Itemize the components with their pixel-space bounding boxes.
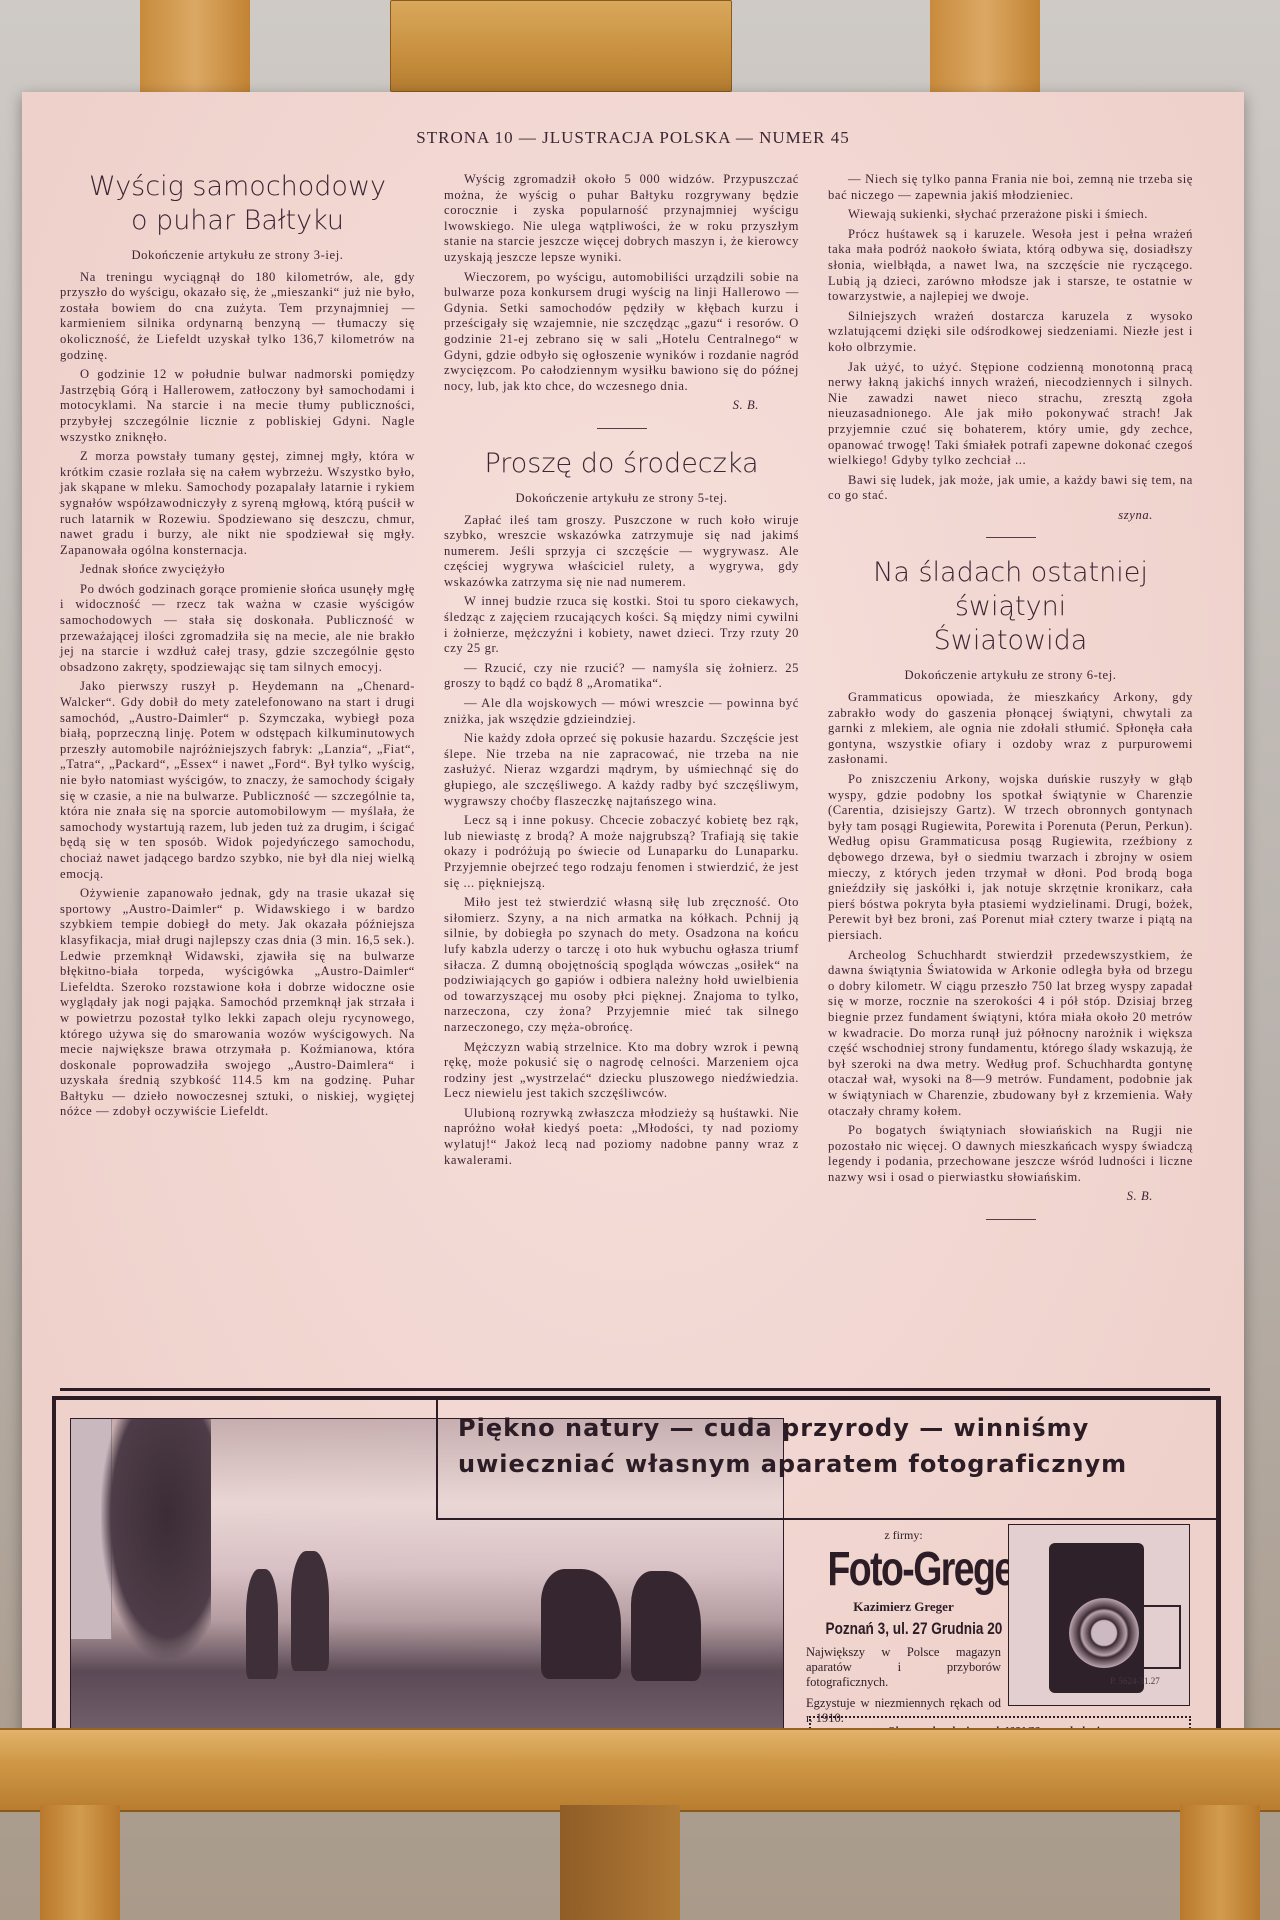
page-masthead: STRONA 10 — JLUSTRACJA POLSKA — NUMER 45 (22, 128, 1244, 148)
horse-icon (631, 1571, 701, 1681)
paragraph: W innej budzie rzuca się kostki. Stoi tu… (444, 594, 799, 656)
brand-name: Foto-Greger (827, 1543, 979, 1597)
woman-figure-icon (291, 1551, 329, 1671)
easel-ledge (0, 1728, 1280, 1812)
separator (597, 428, 647, 429)
folding-camera-icon (1008, 1524, 1190, 1706)
paragraph: Ożywienie zapanowało jednak, gdy na tras… (60, 886, 415, 1120)
paragraph: Grammaticus opowiada, że mieszkańcy Arko… (828, 690, 1193, 768)
newspaper-page: STRONA 10 — JLUSTRACJA POLSKA — NUMER 45… (22, 92, 1244, 1792)
ad-headline: Piękno natury — cuda przyrody — winniśmy… (458, 1410, 1208, 1482)
owner-name: Kazimierz Greger (806, 1599, 1001, 1615)
column-2: Wyścig zgromadził około 5 000 widzów. Pr… (444, 172, 799, 1172)
paragraph: O godzinie 12 w południe bulwar nadmorsk… (60, 367, 415, 445)
ad-description: Największy w Polsce magazyn aparatów i p… (806, 1645, 1001, 1690)
subheading: Jednak słońce zwyciężyło (60, 562, 415, 578)
paragraph: Wyścig zgromadził około 5 000 widzów. Pr… (444, 172, 799, 266)
column-3: — Niech się tylko panna Frania nie boi, … (828, 172, 1193, 1238)
easel-leg-left (40, 1805, 120, 1920)
horse-icon (541, 1569, 621, 1679)
paragraph: Zapłać ileś tam groszy. Puszczone w ruch… (444, 513, 799, 591)
paragraph: Na treningu wyciągnął do 180 kilometrów,… (60, 270, 415, 364)
paragraph: — Ale dla wojskowych — mówi wreszcie — p… (444, 696, 799, 727)
paragraph: Wieczorem, po wyścigu, automobiliści urz… (444, 270, 799, 395)
continuation-note: Dokończenie artykułu ze strony 6-tej. (828, 668, 1193, 684)
paragraph: — Niech się tylko panna Frania nie boi, … (828, 172, 1193, 203)
ad-headline-box: Piękno natury — cuda przyrody — winniśmy… (436, 1400, 1218, 1520)
column-1: Wyścig samochodowy o puhar Bałtyku Dokoń… (60, 162, 415, 1124)
easel-top-clamp (390, 0, 732, 92)
easel-leg-right (1180, 1805, 1260, 1920)
paragraph: Lecz są i inne pokusy. Chcecie zobaczyć … (444, 813, 799, 891)
article-title-swiatowida: Na śladach ostatniej świątyni Światowida (828, 556, 1193, 658)
separator (986, 537, 1036, 538)
paragraph: Po zniszczeniu Arkony, wojska duńskie ru… (828, 772, 1193, 944)
author-signature: S. B. (828, 1189, 1193, 1205)
woman-figure-icon (246, 1569, 278, 1679)
paragraph: Prócz huśtawek są i karuzele. Wesoła jes… (828, 227, 1193, 305)
ad-company-info: z firmy: Foto-Greger Kazimierz Greger Po… (806, 1528, 1001, 1726)
paragraph: Wiewają sukienki, słychać przerażone pis… (828, 207, 1193, 223)
tree-icon (101, 1419, 211, 1659)
continuation-note: Dokończenie artykułu ze strony 5-tej. (444, 491, 799, 507)
author-signature: szyna. (828, 508, 1193, 524)
ad-code: P. 5624-31.27 (1110, 1676, 1160, 1686)
paragraph: Archeolog Schuchhardt stwierdził przedew… (828, 948, 1193, 1120)
paragraph: Z morza powstały tumany gęstej, zimnej m… (60, 449, 415, 558)
paragraph: Bawi się ludek, jak może, jak umie, a ka… (828, 473, 1193, 504)
paragraph: Po dwóch godzinach gorące promienie słoń… (60, 582, 415, 676)
separator (986, 1219, 1036, 1220)
camera-lens-icon (1069, 1598, 1139, 1668)
paragraph: Jak użyć, to użyć. Stępione codzienną mo… (828, 360, 1193, 469)
article-title-wyscig: Wyścig samochodowy o puhar Bałtyku (60, 170, 415, 238)
paragraph: Mężczyzn wabią strzelnice. Kto ma dobry … (444, 1040, 799, 1102)
article-title-prosze: Proszę do środeczka (444, 447, 799, 481)
paragraph: Jako pierwszy ruszył p. Heydemann na „Ch… (60, 679, 415, 882)
foto-greger-advertisement: Piękno natury — cuda przyrody — winniśmy… (52, 1396, 1221, 1774)
paragraph: Silniejszych wrażeń dostarcza karuzela z… (828, 309, 1193, 356)
paragraph: Miło jest też stwierdzić własną siłę lub… (444, 895, 799, 1035)
horizontal-rule (60, 1388, 1210, 1391)
easel-leg-center (560, 1805, 680, 1920)
company-address: Poznań 3, ul. 27 Grudnia 20 (826, 1619, 982, 1639)
paragraph: — Rzucić, czy nie rzucić? — namyśla się … (444, 661, 799, 692)
from-label: z firmy: (806, 1528, 1001, 1543)
paragraph: Po bogatych świątyniach słowiańskich na … (828, 1123, 1193, 1185)
paragraph: Ulubioną rozrywką zwłaszcza młodzieży są… (444, 1106, 799, 1168)
continuation-note: Dokończenie artykułu ze strony 3-iej. (60, 248, 415, 264)
paragraph: Nie każdy zdoła oprzeć się pokusie hazar… (444, 731, 799, 809)
author-signature: S. B. (444, 398, 799, 414)
